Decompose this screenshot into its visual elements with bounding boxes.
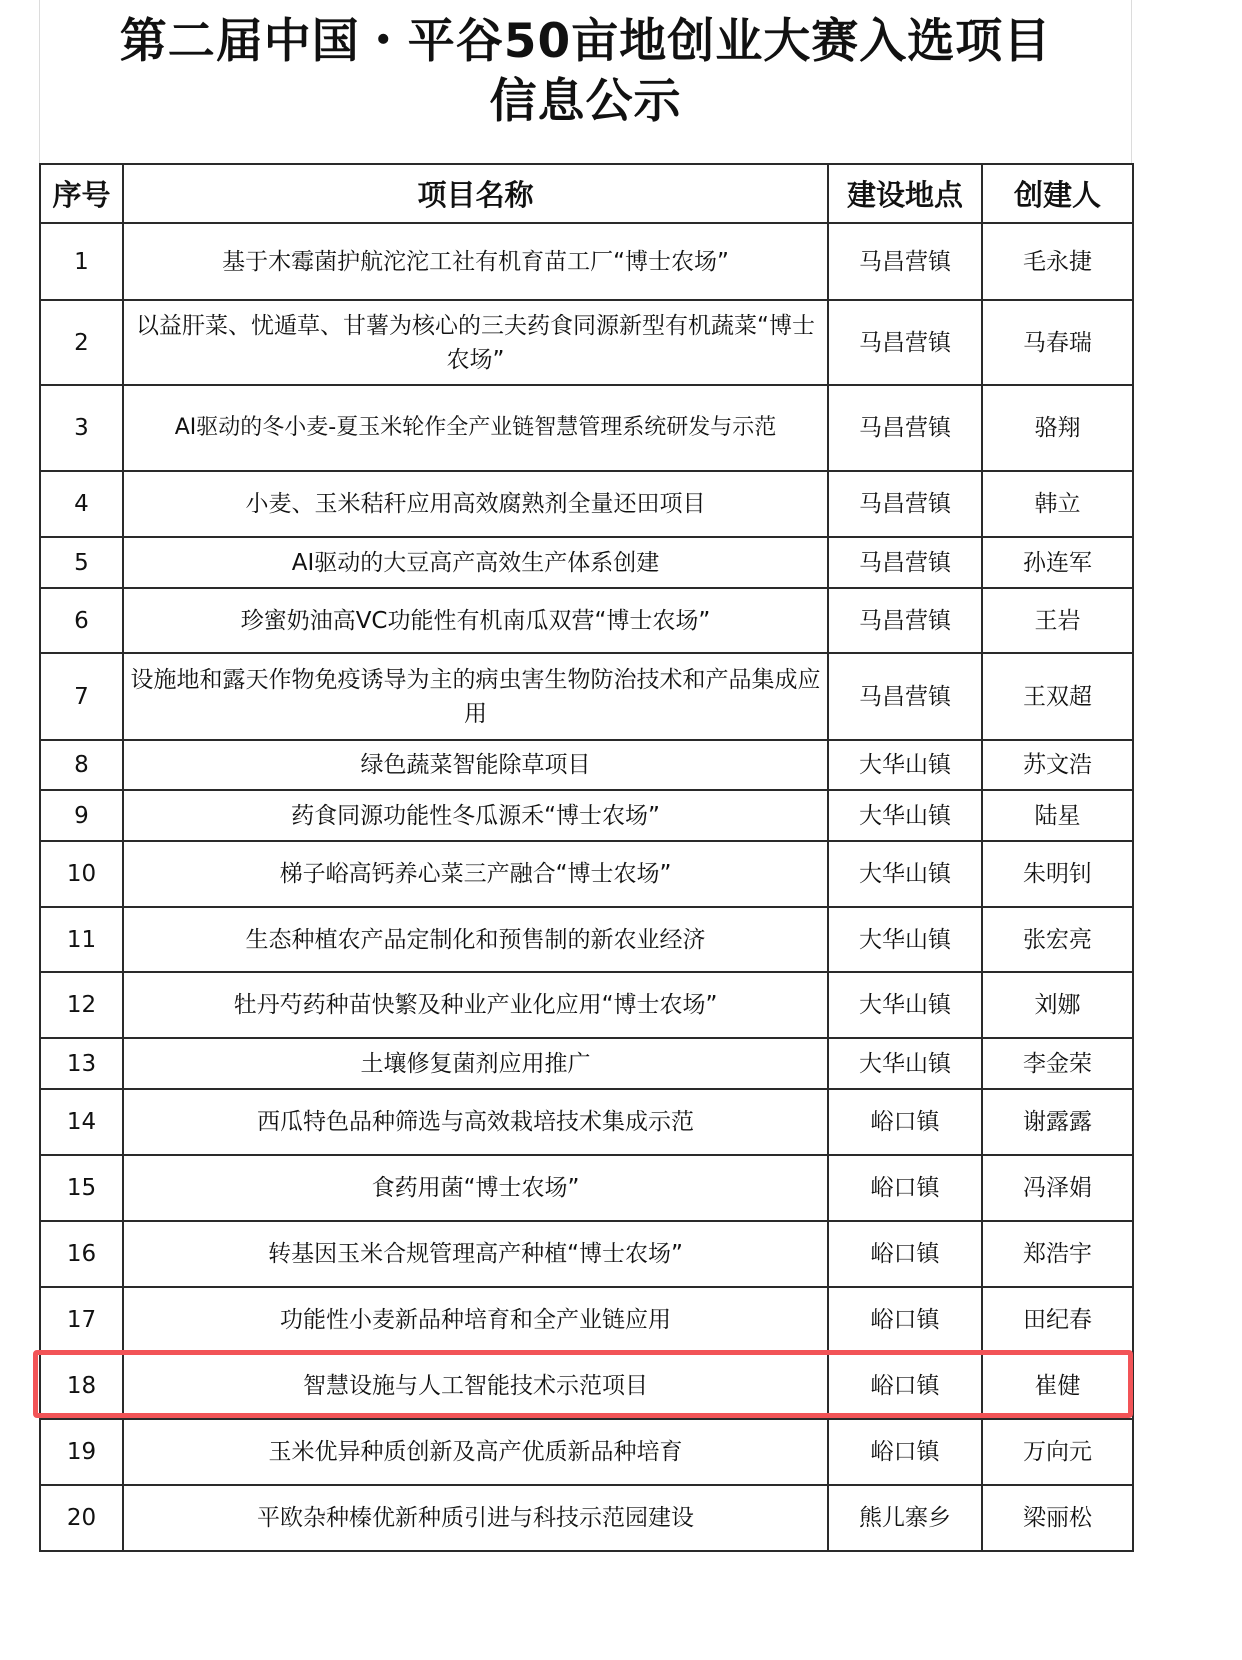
cell-owner: 张宏亮 — [982, 907, 1133, 972]
cell-name: AI驱动的大豆高产高效生产体系创建 — [123, 537, 828, 588]
cell-no: 11 — [40, 907, 123, 972]
cell-location: 大华山镇 — [828, 740, 982, 790]
cell-name: 绿色蔬菜智能除草项目 — [123, 740, 828, 790]
cell-owner: 崔健 — [982, 1353, 1133, 1419]
cell-owner: 毛永捷 — [982, 223, 1133, 300]
cell-location: 熊儿寨乡 — [828, 1485, 982, 1551]
cell-location: 马昌营镇 — [828, 471, 982, 537]
cell-name: 珍蜜奶油高VC功能性有机南瓜双营“博士农场” — [123, 588, 828, 653]
column-header-no: 序号 — [40, 164, 123, 223]
cell-no: 9 — [40, 790, 123, 841]
table-row: 1 基于木霉菌护航沱沱工社有机育苗工厂“博士农场” 马昌营镇 毛永捷 — [40, 223, 1133, 300]
table-row: 14 西瓜特色品种筛选与高效栽培技术集成示范 峪口镇 谢露露 — [40, 1089, 1133, 1155]
cell-name: 药食同源功能性冬瓜源禾“博士农场” — [123, 790, 828, 841]
table-row: 12 牡丹芍药种苗快繁及种业产业化应用“博士农场” 大华山镇 刘娜 — [40, 972, 1133, 1038]
cell-owner: 李金荣 — [982, 1038, 1133, 1089]
cell-owner: 陆星 — [982, 790, 1133, 841]
cell-location: 峪口镇 — [828, 1419, 982, 1485]
cell-location: 大华山镇 — [828, 907, 982, 972]
cell-name: 小麦、玉米秸秆应用高效腐熟剂全量还田项目 — [123, 471, 828, 537]
cell-owner: 苏文浩 — [982, 740, 1133, 790]
cell-owner: 马春瑞 — [982, 300, 1133, 385]
cell-no: 16 — [40, 1221, 123, 1287]
cell-no: 20 — [40, 1485, 123, 1551]
cell-owner: 骆翔 — [982, 385, 1133, 471]
table-header-row: 序号 项目名称 建设地点 创建人 — [40, 164, 1133, 223]
table-row: 10 梯子峪高钙养心菜三产融合“博士农场” 大华山镇 朱明钊 — [40, 841, 1133, 907]
column-header-owner: 创建人 — [982, 164, 1133, 223]
cell-name: 玉米优异种质创新及高产优质新品种培育 — [123, 1419, 828, 1485]
table-row: 4 小麦、玉米秸秆应用高效腐熟剂全量还田项目 马昌营镇 韩立 — [40, 471, 1133, 537]
cell-name: 平欧杂种榛优新种质引进与科技示范园建设 — [123, 1485, 828, 1551]
cell-location: 马昌营镇 — [828, 223, 982, 300]
table-row: 6 珍蜜奶油高VC功能性有机南瓜双营“博士农场” 马昌营镇 王岩 — [40, 588, 1133, 653]
cell-owner: 谢露露 — [982, 1089, 1133, 1155]
column-header-location: 建设地点 — [828, 164, 982, 223]
table-row: 5 AI驱动的大豆高产高效生产体系创建 马昌营镇 孙连军 — [40, 537, 1133, 588]
project-table: 序号 项目名称 建设地点 创建人 1 基于木霉菌护航沱沱工社有机育苗工厂“博士农… — [39, 163, 1134, 1552]
cell-no: 17 — [40, 1287, 123, 1353]
page-title-line-2: 信息公示 — [40, 72, 1131, 132]
cell-name: 食药用菌“博士农场” — [123, 1155, 828, 1221]
cell-no: 14 — [40, 1089, 123, 1155]
cell-owner: 王双超 — [982, 653, 1133, 740]
cell-no: 6 — [40, 588, 123, 653]
page-title-line-1: 第二届中国・平谷50亩地创业大赛入选项目 — [40, 12, 1131, 72]
table-row: 16 转基因玉米合规管理高产种植“博士农场” 峪口镇 郑浩宇 — [40, 1221, 1133, 1287]
table-row: 11 生态种植农产品定制化和预售制的新农业经济 大华山镇 张宏亮 — [40, 907, 1133, 972]
cell-location: 大华山镇 — [828, 790, 982, 841]
table-row: 2 以益肝菜、忧遁草、甘薯为核心的三夫药食同源新型有机蔬菜“博士农场” 马昌营镇… — [40, 300, 1133, 385]
cell-location: 峪口镇 — [828, 1221, 982, 1287]
table-row: 15 食药用菌“博士农场” 峪口镇 冯泽娟 — [40, 1155, 1133, 1221]
table-row: 17 功能性小麦新品种培育和全产业链应用 峪口镇 田纪春 — [40, 1287, 1133, 1353]
cell-name: 转基因玉米合规管理高产种植“博士农场” — [123, 1221, 828, 1287]
cell-name: 梯子峪高钙养心菜三产融合“博士农场” — [123, 841, 828, 907]
table-row: 7 设施地和露天作物免疫诱导为主的病虫害生物防治技术和产品集成应用 马昌营镇 王… — [40, 653, 1133, 740]
cell-no: 10 — [40, 841, 123, 907]
cell-location: 马昌营镇 — [828, 385, 982, 471]
cell-owner: 朱明钊 — [982, 841, 1133, 907]
cell-location: 马昌营镇 — [828, 588, 982, 653]
cell-no: 13 — [40, 1038, 123, 1089]
cell-no: 8 — [40, 740, 123, 790]
cell-location: 大华山镇 — [828, 972, 982, 1038]
table-row: 20 平欧杂种榛优新种质引进与科技示范园建设 熊儿寨乡 梁丽松 — [40, 1485, 1133, 1551]
cell-no: 3 — [40, 385, 123, 471]
cell-name: 牡丹芍药种苗快繁及种业产业化应用“博士农场” — [123, 972, 828, 1038]
table-row: 3 AI驱动的冬小麦-夏玉米轮作全产业链智慧管理系统研发与示范 马昌营镇 骆翔 — [40, 385, 1133, 471]
cell-no: 7 — [40, 653, 123, 740]
cell-location: 大华山镇 — [828, 841, 982, 907]
cell-location: 马昌营镇 — [828, 537, 982, 588]
cell-location: 峪口镇 — [828, 1287, 982, 1353]
table-row: 13 土壤修复菌剂应用推广 大华山镇 李金荣 — [40, 1038, 1133, 1089]
cell-owner: 梁丽松 — [982, 1485, 1133, 1551]
table-row: 19 玉米优异种质创新及高产优质新品种培育 峪口镇 万向元 — [40, 1419, 1133, 1485]
cell-location: 峪口镇 — [828, 1353, 982, 1419]
column-header-name: 项目名称 — [123, 164, 828, 223]
cell-name: 以益肝菜、忧遁草、甘薯为核心的三夫药食同源新型有机蔬菜“博士农场” — [123, 300, 828, 385]
cell-name: 功能性小麦新品种培育和全产业链应用 — [123, 1287, 828, 1353]
cell-location: 马昌营镇 — [828, 653, 982, 740]
table-row: 9 药食同源功能性冬瓜源禾“博士农场” 大华山镇 陆星 — [40, 790, 1133, 841]
cell-owner: 刘娜 — [982, 972, 1133, 1038]
cell-name: 智慧设施与人工智能技术示范项目 — [123, 1353, 828, 1419]
cell-name: 基于木霉菌护航沱沱工社有机育苗工厂“博士农场” — [123, 223, 828, 300]
cell-no: 2 — [40, 300, 123, 385]
cell-location: 峪口镇 — [828, 1155, 982, 1221]
cell-owner: 王岩 — [982, 588, 1133, 653]
title-block: 第二届中国・平谷50亩地创业大赛入选项目 信息公示 — [39, 0, 1132, 163]
cell-owner: 韩立 — [982, 471, 1133, 537]
cell-owner: 孙连军 — [982, 537, 1133, 588]
cell-name: AI驱动的冬小麦-夏玉米轮作全产业链智慧管理系统研发与示范 — [123, 385, 828, 471]
cell-name: 西瓜特色品种筛选与高效栽培技术集成示范 — [123, 1089, 828, 1155]
cell-owner: 郑浩宇 — [982, 1221, 1133, 1287]
cell-location: 马昌营镇 — [828, 300, 982, 385]
cell-no: 12 — [40, 972, 123, 1038]
cell-location: 大华山镇 — [828, 1038, 982, 1089]
table-row: 8 绿色蔬菜智能除草项目 大华山镇 苏文浩 — [40, 740, 1133, 790]
cell-no: 15 — [40, 1155, 123, 1221]
cell-location: 峪口镇 — [828, 1089, 982, 1155]
cell-owner: 田纪春 — [982, 1287, 1133, 1353]
cell-name: 土壤修复菌剂应用推广 — [123, 1038, 828, 1089]
cell-owner: 万向元 — [982, 1419, 1133, 1485]
cell-name: 生态种植农产品定制化和预售制的新农业经济 — [123, 907, 828, 972]
cell-no: 4 — [40, 471, 123, 537]
cell-no: 18 — [40, 1353, 123, 1419]
cell-no: 1 — [40, 223, 123, 300]
cell-name: 设施地和露天作物免疫诱导为主的病虫害生物防治技术和产品集成应用 — [123, 653, 828, 740]
cell-no: 19 — [40, 1419, 123, 1485]
publication-sheet: 第二届中国・平谷50亩地创业大赛入选项目 信息公示 序号 项目名称 建设地点 创… — [39, 0, 1132, 1552]
cell-no: 5 — [40, 537, 123, 588]
table-row-highlighted: 18 智慧设施与人工智能技术示范项目 峪口镇 崔健 — [40, 1353, 1133, 1419]
cell-owner: 冯泽娟 — [982, 1155, 1133, 1221]
